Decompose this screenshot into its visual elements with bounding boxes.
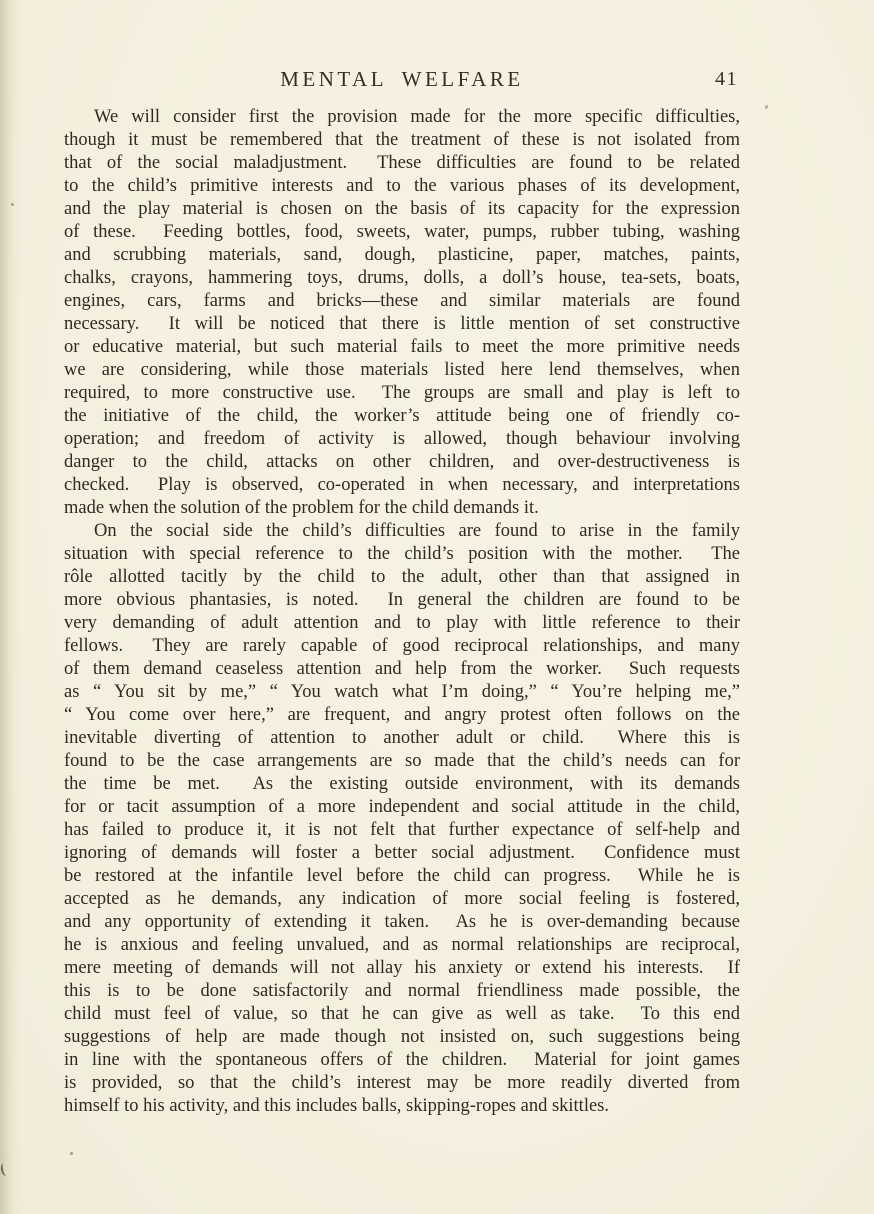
text-line: and any opportunity of extending it take… bbox=[64, 911, 740, 934]
text-line: We will consider first the provision mad… bbox=[64, 106, 740, 129]
page-gutter-shadow bbox=[0, 0, 20, 1214]
text-line: ignoring of demands will foster a better… bbox=[64, 842, 740, 865]
text-line: suggestions of help are made though not … bbox=[64, 1026, 740, 1049]
text-line: or educative material, but such material… bbox=[64, 336, 740, 359]
page-title: MENTAL WELFARE bbox=[64, 64, 740, 92]
text-line: we are considering, while those material… bbox=[64, 359, 740, 382]
text-line: operation; and freedom of activity is al… bbox=[64, 428, 740, 451]
text-line: himself to his activity, and this includ… bbox=[64, 1095, 740, 1118]
text-line: found to be the case arrangements are so… bbox=[64, 750, 740, 773]
text-line: fellows. They are rarely capable of good… bbox=[64, 635, 740, 658]
text-line: danger to the child, attacks on other ch… bbox=[64, 451, 740, 474]
text-line: as “ You sit by me,” “ You watch what I’… bbox=[64, 681, 740, 704]
text-line: inevitable diverting of attention to ano… bbox=[64, 727, 740, 750]
text-line: has failed to produce it, it is not felt… bbox=[64, 819, 740, 842]
ink-speck bbox=[11, 203, 14, 206]
text-line: of them demand ceaseless attention and h… bbox=[64, 658, 740, 681]
text-line: made when the solution of the problem fo… bbox=[64, 497, 740, 520]
ink-speck bbox=[764, 105, 768, 110]
text-line: the time be met. As the existing outside… bbox=[64, 773, 740, 796]
text-line: engines, cars, farms and bricks—these an… bbox=[64, 290, 740, 313]
text-line: situation with special reference to the … bbox=[64, 543, 740, 566]
text-line: to the child’s primitive interests and t… bbox=[64, 175, 740, 198]
text-line: he is anxious and feeling unvalued, and … bbox=[64, 934, 740, 957]
text-line: very demanding of adult attention and to… bbox=[64, 612, 740, 635]
text-line: “ You come over here,” are frequent, and… bbox=[64, 704, 740, 727]
text-line: and scrubbing materials, sand, dough, pl… bbox=[64, 244, 740, 267]
text-line: required, to more constructive use. The … bbox=[64, 382, 740, 405]
text-line: the initiative of the child, the worker’… bbox=[64, 405, 740, 428]
text-line: this is to be done satisfactorily and no… bbox=[64, 980, 740, 1003]
text-line: checked. Play is observed, co-operated i… bbox=[64, 474, 740, 497]
text-line: On the social side the child’s difficult… bbox=[64, 520, 740, 543]
text-line: more obvious phantasies, is noted. In ge… bbox=[64, 589, 740, 612]
text-line: mere meeting of demands will not allay h… bbox=[64, 957, 740, 980]
book-page-scan: MENTAL WELFARE 41 We will consider first… bbox=[0, 0, 874, 1214]
text-line: child must feel of value, so that he can… bbox=[64, 1003, 740, 1026]
running-header: MENTAL WELFARE 41 bbox=[64, 64, 740, 96]
text-line: necessary. It will be noticed that there… bbox=[64, 313, 740, 336]
text-line: for or tacit assumption of a more indepe… bbox=[64, 796, 740, 819]
text-line: accepted as he demands, any indication o… bbox=[64, 888, 740, 911]
text-line: be restored at the infantile level befor… bbox=[64, 865, 740, 888]
text-line: rôle allotted tacitly by the child to th… bbox=[64, 566, 740, 589]
text-line: is provided, so that the child’s interes… bbox=[64, 1072, 740, 1095]
text-line: chalks, crayons, hammering toys, drums, … bbox=[64, 267, 740, 290]
paragraph-2: On the social side the child’s difficult… bbox=[64, 520, 740, 1118]
page-content: MENTAL WELFARE 41 We will consider first… bbox=[64, 64, 740, 1118]
text-line: though it must be remembered that the tr… bbox=[64, 129, 740, 152]
text-line: of these. Feeding bottles, food, sweets,… bbox=[64, 221, 740, 244]
text-line: and the play material is chosen on the b… bbox=[64, 198, 740, 221]
page-number: 41 bbox=[715, 68, 738, 91]
text-line: that of the social maladjustment. These … bbox=[64, 152, 740, 175]
ink-speck bbox=[70, 1152, 73, 1155]
text-line: in line with the spontaneous offers of t… bbox=[64, 1049, 740, 1072]
paragraph-1: We will consider first the provision mad… bbox=[64, 106, 740, 520]
ink-speck bbox=[0, 1162, 10, 1176]
